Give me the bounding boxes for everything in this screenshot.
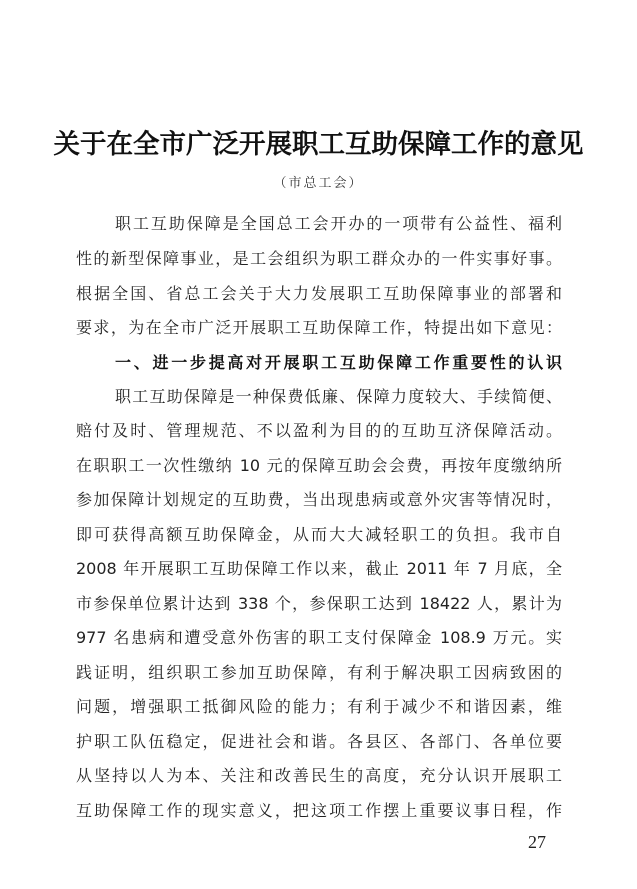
- paragraph-line: 职工互助保障是全国总工会开办的一项带有公益性、福利: [115, 213, 562, 235]
- paragraph-line: 2008 年开展职工互助保障工作以来，截止 2011 年 7 月底，全: [76, 558, 562, 580]
- paragraph-line: 护职工队伍稳定，促进社会和谐。各县区、各部门、各单位要: [76, 731, 562, 753]
- paragraph-line: 职工互助保障是一种保费低廉、保障力度较大、手续简便、: [115, 386, 562, 408]
- paragraph-line: 参加保障计划规定的互助费，当出现患病或意外灾害等情况时，: [76, 489, 562, 511]
- paragraph-line: 性的新型保障事业，是工会组织为职工群众办的一件实事好事。: [76, 248, 562, 270]
- paragraph-line: 在职职工一次性缴纳 10 元的保障互助会会费，再按年度缴纳所: [76, 455, 562, 477]
- paragraph-line: 977 名患病和遭受意外伤害的职工支付保障金 108.9 万元。实: [76, 627, 562, 649]
- paragraph-line: 践证明，组织职工参加互助保障，有利于解决职工因病致困的: [76, 662, 562, 684]
- paragraph-line: 根据全国、省总工会关于大力发展职工互助保障事业的部署和: [76, 283, 562, 305]
- page-number: 27: [528, 832, 546, 853]
- section-heading: 一、进一步提高对开展职工互助保障工作重要性的认识: [115, 352, 562, 374]
- paragraph-line: 要求，为在全市广泛开展职工互助保障工作，特提出如下意见：: [76, 317, 562, 339]
- document-title: 关于在全市广泛开展职工互助保障工作的意见: [0, 122, 637, 161]
- paragraph-line: 互助保障工作的现实意义，把这项工作摆上重要议事日程，作: [76, 800, 562, 822]
- paragraph-line: 即可获得高额互助保障金，从而大大减轻职工的负担。我市自: [76, 524, 562, 546]
- paragraph-line: 赔付及时、管理规范、不以盈利为目的的互助互济保障活动。: [76, 420, 562, 442]
- document-author: （市总工会）: [0, 172, 637, 191]
- paragraph-line: 从坚持以人为本、关注和改善民生的高度，充分认识开展职工: [76, 765, 562, 787]
- paragraph-line: 问题，增强职工抵御风险的能力；有利于减少不和谐因素，维: [76, 696, 562, 718]
- paragraph-line: 市参保单位累计达到 338 个，参保职工达到 18422 人，累计为: [76, 593, 562, 615]
